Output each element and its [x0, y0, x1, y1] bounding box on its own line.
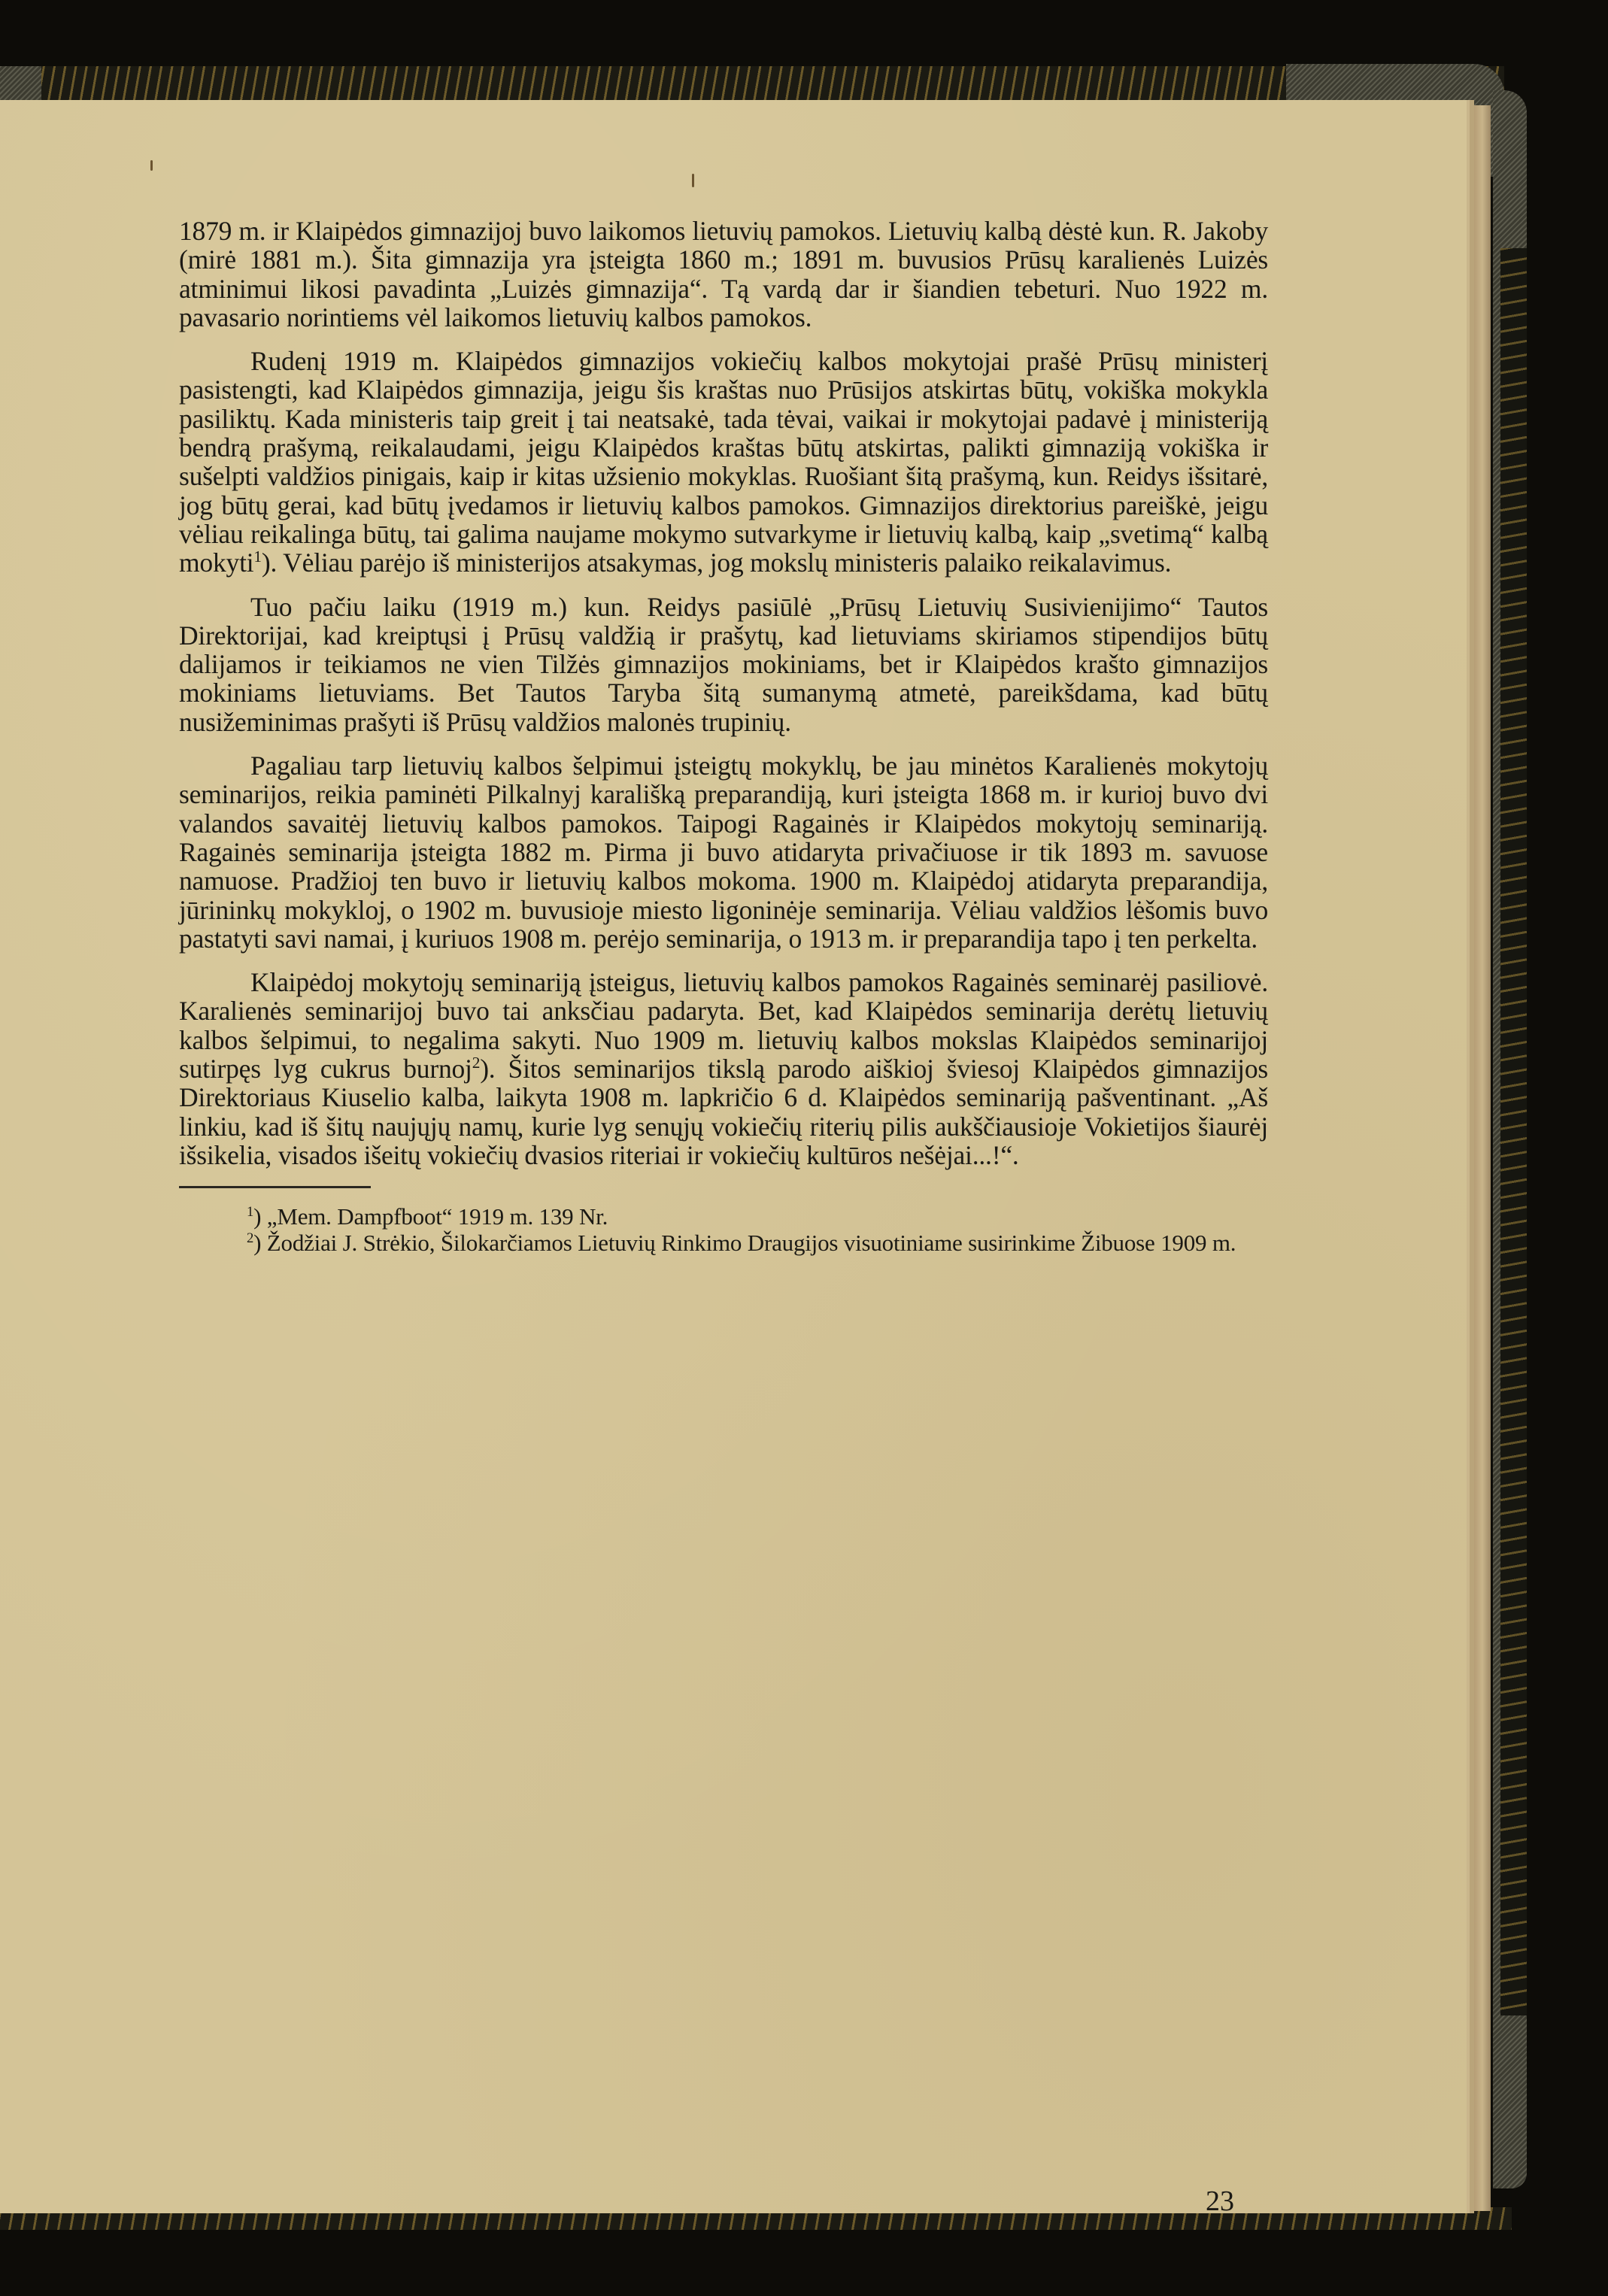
page-number: 23: [1206, 2185, 1234, 2218]
paragraph-2-text-cont: ). Vėliau parėjo iš ministerijos atsakym…: [262, 547, 1171, 578]
page-stack-edge: [1474, 105, 1491, 2211]
footnote-1: 1) „Mem. Dampfboot“ 1919 m. 139 Nr.: [179, 1203, 1268, 1230]
footnote-ref-2[interactable]: 2: [472, 1054, 480, 1072]
footnote-2-text: ) Žodžiai J. Strėkio, Šilokarčiamos Liet…: [253, 1230, 1236, 1256]
paper-speck: [692, 174, 694, 187]
footnote-ref-1[interactable]: 1: [253, 548, 261, 566]
paragraph-1: 1879 m. ir Klaipėdos gimnazijoj buvo lai…: [179, 217, 1268, 332]
paragraph-3: Tuo pačiu laiku (1919 m.) kun. Reidys pa…: [179, 593, 1268, 736]
footnote-marker-2: 2: [247, 1230, 253, 1246]
body-text: 1879 m. ir Klaipėdos gimnazijoj buvo lai…: [179, 217, 1268, 1256]
paragraph-2: Rudenį 1919 m. Klaipėdos gimnazijos voki…: [179, 347, 1268, 577]
footnotes: 1) „Mem. Dampfboot“ 1919 m. 139 Nr. 2) Ž…: [179, 1203, 1268, 1256]
footnote-divider: [179, 1186, 371, 1188]
footnote-2: 2) Žodžiai J. Strėkio, Šilokarčiamos Lie…: [179, 1230, 1268, 1256]
paragraph-2-text: Rudenį 1919 m. Klaipėdos gimnazijos voki…: [179, 346, 1268, 578]
book-binding-spine-marbled: [1500, 248, 1527, 2015]
paper-speck: [150, 160, 153, 171]
footnote-marker-1: 1: [247, 1204, 253, 1220]
footnote-1-text: ) „Mem. Dampfboot“ 1919 m. 139 Nr.: [253, 1203, 608, 1230]
paragraph-5: Klaipėdoj mokytojų seminariją įsteigus, …: [179, 968, 1268, 1169]
paragraph-4: Pagaliau tarp lietuvių kalbos šelpimui į…: [179, 751, 1268, 953]
